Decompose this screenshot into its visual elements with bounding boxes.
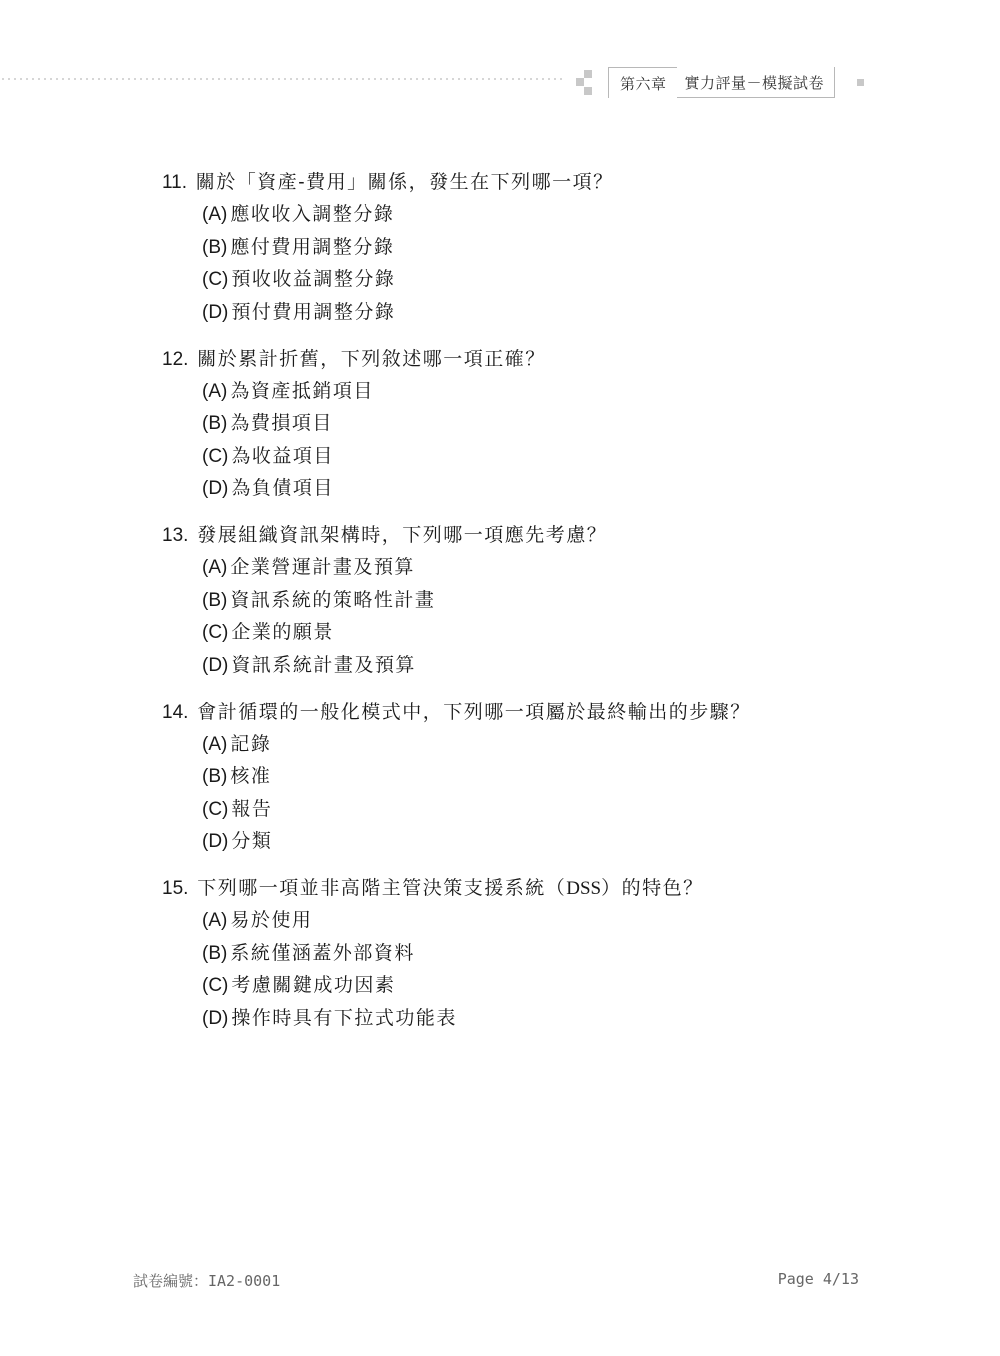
option-a: (A)企業營運計畫及預算 <box>202 555 882 581</box>
option-label: (A) <box>202 557 227 578</box>
option-d: (D)分類 <box>202 829 882 855</box>
question-15: 15. 下列哪一項並非高階主管決策支援系統（DSS）的特色？ (A)易於使用 (… <box>162 876 882 1032</box>
option-a: (A)為資產抵銷項目 <box>202 379 882 405</box>
question-number: 15. <box>162 878 188 899</box>
option-text: 為費損項目 <box>230 413 333 434</box>
option-text: 資訊系統的策略性計畫 <box>230 590 435 611</box>
option-c: (C)預收收益調整分錄 <box>202 267 882 293</box>
option-c: (C)報告 <box>202 797 882 823</box>
option-label: (B) <box>202 943 227 964</box>
option-label: (D) <box>202 831 228 852</box>
option-label: (A) <box>202 381 227 402</box>
option-label: (C) <box>202 622 228 643</box>
question-stem: 13. 發展組織資訊架構時，下列哪一項應先考慮？ <box>162 523 882 549</box>
header-dotted-rule <box>0 77 562 81</box>
header-square-ornament <box>576 70 596 98</box>
ornament-square <box>584 87 592 95</box>
option-label: (B) <box>202 766 227 787</box>
option-b: (B)為費損項目 <box>202 411 882 437</box>
option-d: (D)資訊系統計畫及預算 <box>202 653 882 679</box>
option-d: (D)預付費用調整分錄 <box>202 300 882 326</box>
option-label: (D) <box>202 1008 228 1029</box>
option-text: 操作時具有下拉式功能表 <box>231 1008 457 1029</box>
question-text-after: ）的特色？ <box>601 878 704 899</box>
ornament-square <box>576 78 584 86</box>
option-list: (A)應收收入調整分錄 (B)應付費用調整分錄 (C)預收收益調整分錄 (D)預… <box>162 202 882 326</box>
question-number: 11. <box>162 172 187 193</box>
chapter-title: 實力評量－模擬試卷 <box>677 67 836 98</box>
question-13: 13. 發展組織資訊架構時，下列哪一項應先考慮？ (A)企業營運計畫及預算 (B… <box>162 523 882 679</box>
option-label: (C) <box>202 446 228 467</box>
option-b: (B)核准 <box>202 764 882 790</box>
option-label: (D) <box>202 478 228 499</box>
question-text: 關於累計折舊，下列敘述哪一項正確？ <box>197 349 546 370</box>
question-number: 13. <box>162 525 188 546</box>
question-number: 14. <box>162 702 188 723</box>
question-14: 14. 會計循環的一般化模式中，下列哪一項屬於最終輸出的步驟？ (A)記錄 (B… <box>162 700 882 856</box>
question-text: 會計循環的一般化模式中，下列哪一項屬於最終輸出的步驟？ <box>197 702 751 723</box>
option-b: (B)應付費用調整分錄 <box>202 235 882 261</box>
question-stem: 12. 關於累計折舊，下列敘述哪一項正確？ <box>162 347 882 373</box>
chapter-number: 第六章 <box>608 67 677 98</box>
option-text: 預付費用調整分錄 <box>231 302 395 323</box>
option-text: 應付費用調整分錄 <box>230 237 394 258</box>
option-a: (A)應收收入調整分錄 <box>202 202 882 228</box>
option-list: (A)企業營運計畫及預算 (B)資訊系統的策略性計畫 (C)企業的願景 (D)資… <box>162 555 882 679</box>
option-text: 企業的願景 <box>231 622 334 643</box>
question-12: 12. 關於累計折舊，下列敘述哪一項正確？ (A)為資產抵銷項目 (B)為費損項… <box>162 347 882 503</box>
question-term-dss: DSS <box>566 878 601 899</box>
option-text: 核准 <box>230 766 271 787</box>
option-c: (C)考慮關鍵成功因素 <box>202 973 882 999</box>
question-stem: 15. 下列哪一項並非高階主管決策支援系統（DSS）的特色？ <box>162 876 882 902</box>
option-label: (D) <box>202 302 228 323</box>
option-c: (C)為收益項目 <box>202 444 882 470</box>
option-a: (A)易於使用 <box>202 908 882 934</box>
option-text: 易於使用 <box>230 910 312 931</box>
option-text: 為資產抵銷項目 <box>230 381 374 402</box>
option-label: (A) <box>202 734 227 755</box>
option-label: (A) <box>202 910 227 931</box>
option-label: (B) <box>202 590 227 611</box>
option-a: (A)記錄 <box>202 732 882 758</box>
question-list: 11. 關於「資產-費用」關係，發生在下列哪一項？ (A)應收收入調整分錄 (B… <box>162 170 882 1053</box>
question-text-before: 下列哪一項並非高階主管決策支援系統（ <box>197 878 566 899</box>
option-d: (D)為負債項目 <box>202 476 882 502</box>
option-text: 預收收益調整分錄 <box>231 269 395 290</box>
option-label: (C) <box>202 269 228 290</box>
option-b: (B)資訊系統的策略性計畫 <box>202 588 882 614</box>
question-number: 12. <box>162 349 188 370</box>
ornament-square <box>584 70 592 78</box>
header-end-square <box>857 79 864 86</box>
option-label: (A) <box>202 204 227 225</box>
option-text: 記錄 <box>230 734 271 755</box>
option-label: (C) <box>202 799 228 820</box>
question-stem: 11. 關於「資產-費用」關係，發生在下列哪一項？ <box>162 170 882 196</box>
option-c: (C)企業的願景 <box>202 620 882 646</box>
option-text: 企業營運計畫及預算 <box>230 557 415 578</box>
exam-id: 試卷編號：IA2-0001 <box>133 1270 280 1291</box>
option-list: (A)易於使用 (B)系統僅涵蓋外部資料 (C)考慮關鍵成功因素 (D)操作時具… <box>162 908 882 1032</box>
option-text: 為負債項目 <box>231 478 334 499</box>
option-text: 系統僅涵蓋外部資料 <box>230 943 415 964</box>
option-text: 應收收入調整分錄 <box>230 204 394 225</box>
option-label: (C) <box>202 975 228 996</box>
option-list: (A)記錄 (B)核准 (C)報告 (D)分類 <box>162 732 882 856</box>
option-text: 分類 <box>231 831 272 852</box>
question-11: 11. 關於「資產-費用」關係，發生在下列哪一項？ (A)應收收入調整分錄 (B… <box>162 170 882 326</box>
option-text: 考慮關鍵成功因素 <box>231 975 395 996</box>
option-list: (A)為資產抵銷項目 (B)為費損項目 (C)為收益項目 (D)為負債項目 <box>162 379 882 503</box>
question-text: 關於「資產-費用」關係，發生在下列哪一項？ <box>196 172 614 193</box>
option-d: (D)操作時具有下拉式功能表 <box>202 1006 882 1032</box>
option-label: (B) <box>202 413 227 434</box>
page-number: Page 4/13 <box>778 1270 859 1288</box>
option-label: (B) <box>202 237 227 258</box>
question-stem: 14. 會計循環的一般化模式中，下列哪一項屬於最終輸出的步驟？ <box>162 700 882 726</box>
option-text: 報告 <box>231 799 272 820</box>
option-b: (B)系統僅涵蓋外部資料 <box>202 941 882 967</box>
chapter-header: 第六章 實力評量－模擬試卷 <box>608 67 835 98</box>
option-text: 資訊系統計畫及預算 <box>231 655 416 676</box>
option-text: 為收益項目 <box>231 446 334 467</box>
option-label: (D) <box>202 655 228 676</box>
question-text: 發展組織資訊架構時，下列哪一項應先考慮？ <box>197 525 607 546</box>
